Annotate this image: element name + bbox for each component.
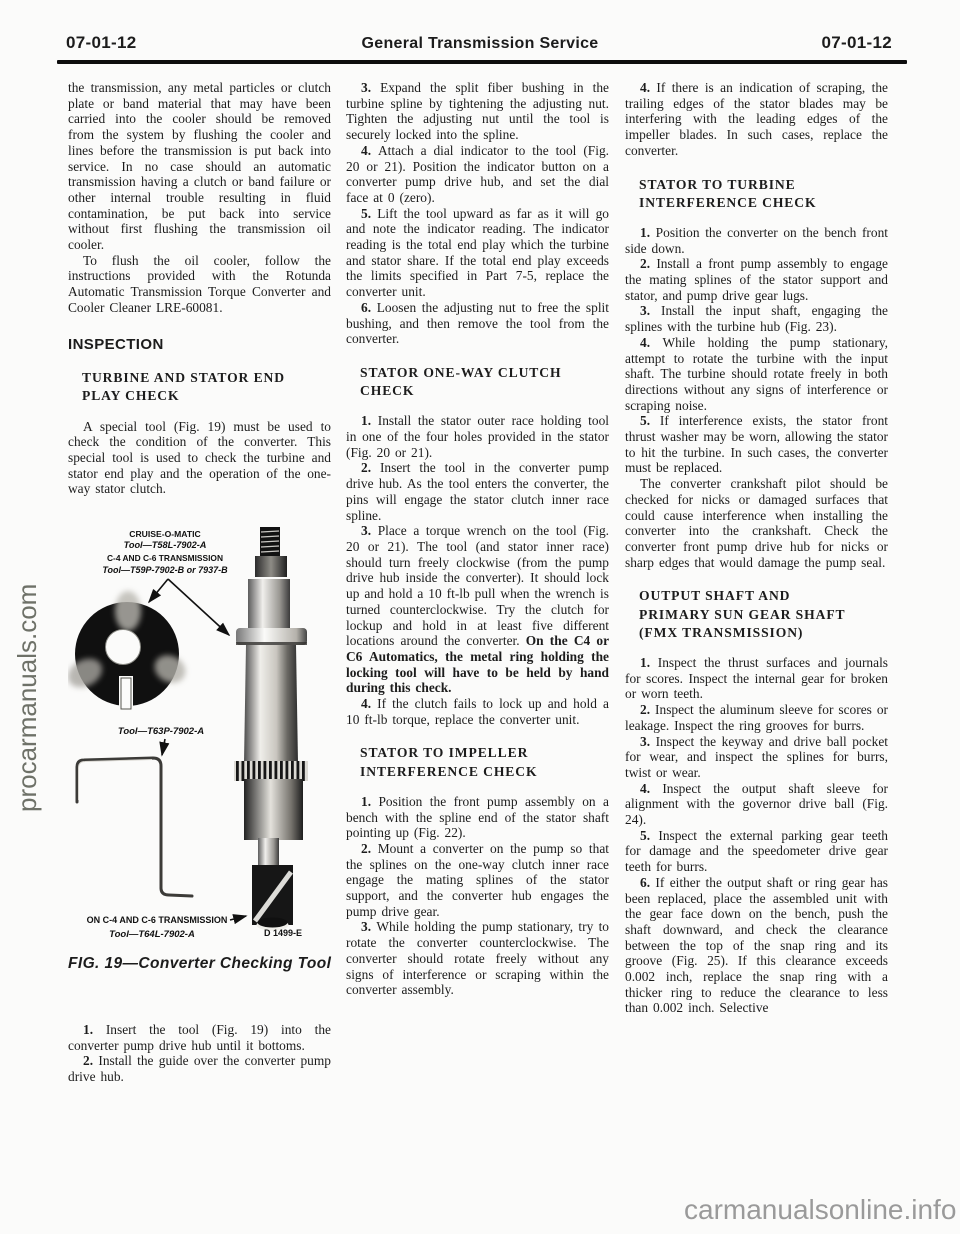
- stator-turbine-heading: STATOR TO TURBINE INTERFERENCE CHECK: [639, 176, 888, 212]
- output-step-3: 3. Inspect the keyway and drive ball poc…: [625, 734, 888, 781]
- checking-tool-illustration: [234, 527, 308, 931]
- impeller-step-4: 4. If there is an indication of scraping…: [625, 80, 888, 159]
- crankshaft-pilot-paragraph: The converter crankshaft pilot should be…: [625, 476, 888, 570]
- turbine-step-4: 4. While holding the pump stationary, at…: [625, 335, 888, 414]
- clutch-step-3: 3. Place a torque wrench on the tool (Fi…: [346, 523, 609, 696]
- label-tool-t58l: Tool—T58L-7902-A: [124, 540, 207, 550]
- watermark-carmanualsonline: carmanualsonline.info: [684, 1194, 956, 1226]
- turbine-stator-end-play-heading: TURBINE AND STATOR END PLAY CHECK: [82, 369, 331, 405]
- stator-washer-disc: [68, 591, 190, 711]
- turbine-step-5: 5. If interference exists, the stator fr…: [625, 413, 888, 476]
- step-1-insert-tool: 1. Insert the tool (Fig. 19) into the co…: [68, 1022, 331, 1053]
- output-step-5: 5. Inspect the external parking gear tee…: [625, 828, 888, 875]
- guide-wire-illustration: [77, 758, 192, 896]
- output-step-2: 2. Inspect the aluminum sleeve for score…: [625, 702, 888, 733]
- spacer: [68, 972, 331, 1022]
- label-on-c4-c6-transmission: ON C-4 AND C-6 TRANSMISSION: [87, 915, 228, 925]
- label-tool-t59p: Tool—T59P-7902-B or 7937-B: [102, 565, 228, 575]
- page-number-right: 07-01-12: [822, 33, 892, 53]
- step-6-loosen-nut: 6. Loosen the adjusting nut to free the …: [346, 300, 609, 347]
- figure-caption: FIG. 19—Converter Checking Tool: [68, 956, 331, 972]
- step-5-lift-tool: 5. Lift the tool upward as far as it wil…: [346, 206, 609, 300]
- bottom-pointer-arrow: [230, 916, 246, 920]
- column-middle: 3. Expand the split fiber bushing in the…: [346, 80, 609, 998]
- step-3-expand-bushing: 3. Expand the split fiber bushing in the…: [346, 80, 609, 143]
- output-step-1: 1. Inspect the thrust surfaces and journ…: [625, 655, 888, 702]
- column-left: the transmission, any metal particles or…: [68, 80, 331, 1085]
- clutch-step-4: 4. If the clutch fails to lock up and ho…: [346, 696, 609, 727]
- impeller-step-2: 2. Mount a converter on the pump so that…: [346, 841, 609, 920]
- page-title: General Transmission Service: [0, 35, 960, 53]
- stator-impeller-heading: STATOR TO IMPELLER INTERFERENCE CHECK: [360, 744, 609, 780]
- figure-19-illustration: CRUISE-O-MATIC Tool—T58L-7902-A C-4 AND …: [68, 527, 330, 947]
- rotunda-cleaner-paragraph: To flush the oil cooler, follow the inst…: [68, 253, 331, 316]
- stator-one-way-clutch-heading: STATOR ONE-WAY CLUTCH CHECK: [360, 364, 609, 400]
- manual-page: 07-01-12 General Transmission Service 07…: [0, 0, 960, 1234]
- figure-id: D 1499-E: [264, 928, 302, 938]
- column-right: 4. If there is an indication of scraping…: [625, 80, 888, 1016]
- label-cruise-o-matic: CRUISE-O-MATIC: [129, 529, 200, 539]
- guide-pointer-arrow: [162, 739, 165, 755]
- impeller-step-3: 3. While holding the pump stationary, tr…: [346, 919, 609, 998]
- output-shaft-heading: OUTPUT SHAFT AND PRIMARY SUN GEAR SHAFT …: [639, 587, 888, 642]
- step-4-attach-dial-indicator: 4. Attach a dial indicator to the tool (…: [346, 143, 609, 206]
- turbine-step-1: 1. Position the converter on the bench f…: [625, 225, 888, 256]
- impeller-step-1: 1. Position the front pump assembly on a…: [346, 794, 609, 841]
- turbine-step-3: 3. Install the input shaft, engaging the…: [625, 303, 888, 334]
- figure-19-converter-checking-tool: CRUISE-O-MATIC Tool—T58L-7902-A C-4 AND …: [68, 527, 331, 972]
- label-tool-t64l: Tool—T64L-7902-A: [109, 929, 195, 940]
- special-tool-paragraph: A special tool (Fig. 19) must be used to…: [68, 419, 331, 498]
- clutch-step-1: 1. Install the stator outer race holding…: [346, 413, 609, 460]
- output-step-4: 4. Inspect the output shaft sleeve for a…: [625, 781, 888, 828]
- header-rule: [57, 60, 907, 64]
- label-tool-t63p: Tool—T63P-7902-A: [118, 726, 204, 737]
- cooler-flush-paragraph: the transmission, any metal particles or…: [68, 80, 331, 253]
- label-c4-c6-transmission: C-4 AND C-6 TRANSMISSION: [107, 553, 223, 563]
- watermark-procarmanuals: procarmanuals.com: [12, 584, 43, 812]
- clutch-step-2: 2. Insert the tool in the converter pump…: [346, 460, 609, 523]
- output-step-6: 6. If either the output shaft or ring ge…: [625, 875, 888, 1016]
- inspection-heading: INSPECTION: [68, 337, 331, 353]
- step-2-install-guide: 2. Install the guide over the converter …: [68, 1053, 331, 1084]
- turbine-step-2: 2. Install a front pump assembly to enga…: [625, 256, 888, 303]
